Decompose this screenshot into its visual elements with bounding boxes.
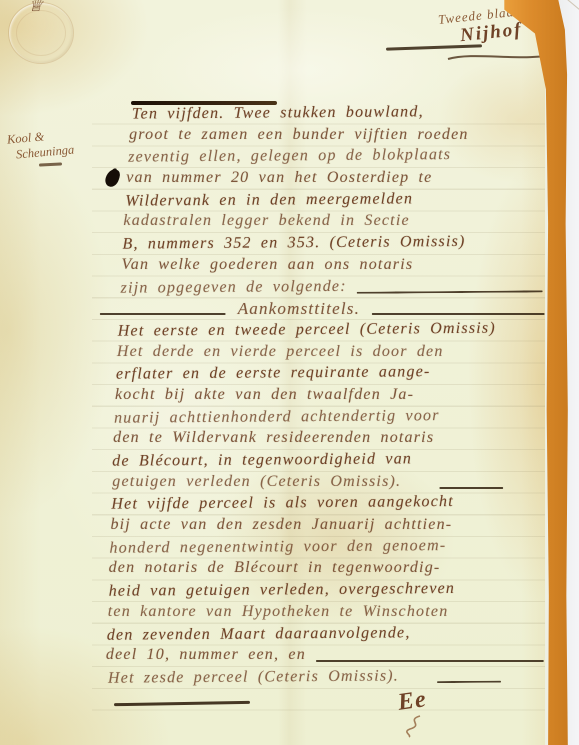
text-line: Het eerste en tweede perceel (Ceteris Om…: [118, 319, 545, 344]
handwritten-text: B, nummers 352 en 353. (Ceteris Omissis): [122, 233, 465, 254]
handwritten-text: heid van getuigen verleden, overgeschrev…: [109, 580, 456, 601]
text-line: bij acte van den zesden Januarij achttie…: [110, 516, 545, 538]
text-line: heid van getuigen verleden, overgeschrev…: [109, 579, 546, 604]
heading-line: Aankomsttitels.: [100, 299, 545, 321]
handwritten-text: kadastralen legger bekend in Sectie: [123, 212, 409, 230]
handwritten-text: van nummer 20 van het Oosterdiep te: [126, 169, 432, 187]
text-line: de Blécourt, in tegenwoordigheid van: [112, 449, 545, 474]
document-scan: ♕ Tweede blad Nijhof Kool & Scheuninga T…: [0, 0, 579, 745]
text-line: Ten vijfden. Twee stukken bouwland,: [132, 102, 544, 127]
handwritten-text: zeventig ellen, gelegen op de blokplaats: [128, 146, 451, 167]
text-line: getuigen verleden (Ceteris Omissis).: [112, 473, 545, 495]
handwritten-text: Het eerste en tweede perceel (Ceteris Om…: [118, 320, 496, 341]
text-line: zeventig ellen, gelegen op de blokplaats: [128, 146, 544, 171]
paraph-flourish: [400, 714, 428, 738]
handwritten-text: groot te zamen een bunder vijftien roede…: [129, 126, 469, 144]
text-line: den te Wildervank resideerenden notaris: [113, 429, 545, 451]
handwritten-text: Wildervank en in den meergemelden: [125, 190, 413, 210]
text-line: ten kantore van Hypotheken te Winschoten: [108, 603, 546, 625]
handwritten-text: getuigen verleden (Ceteris Omissis).: [112, 473, 401, 491]
text-line: honderd negenentwintig voor den genoem-: [109, 536, 545, 561]
text-line: erflater en de eerste requirante aange-: [116, 363, 545, 388]
text-line: Het derde en vierde perceel is door den: [117, 343, 545, 365]
heading-rule-right: [372, 313, 545, 315]
text-line: Het zesde perceel (Ceteris Omissis).: [108, 666, 546, 691]
text-line: B, nummers 352 en 353. (Ceteris Omissis): [122, 232, 544, 257]
text-line: kadastralen legger bekend in Sectie: [123, 212, 544, 234]
text-line: deel 10, nummer een, en: [106, 646, 546, 668]
handwritten-text: Ten vijfden. Twee stukken bouwland,: [132, 103, 424, 123]
ink-rule: [357, 290, 543, 293]
ink-rule: [316, 660, 544, 662]
text-line: Het vijfde perceel is als voren aangekoc…: [111, 493, 545, 518]
handwritten-text: Aankomsttitels.: [226, 299, 372, 319]
ink-rule: [439, 486, 503, 488]
handwritten-text: den zevenden Maart daaraanvolgende,: [107, 624, 411, 644]
handwritten-text: deel 10, nummer een, en: [106, 646, 306, 664]
handwritten-text: ten kantore van Hypotheken te Winschoten: [108, 603, 449, 621]
handwritten-text: de Blécourt, in tegenwoordigheid van: [112, 450, 412, 470]
handwritten-text: den notaris de Blécourt in tegenwoordig-: [109, 559, 441, 577]
text-line: den zevenden Maart daaraanvolgende,: [107, 623, 546, 648]
handwritten-text: kocht bij akte van den twaalfden Ja-: [115, 386, 414, 404]
handwritten-text: nuarij achttienhonderd achtendertig voor: [114, 407, 440, 428]
seal-crown-icon: ♕: [28, 0, 43, 16]
text-line: den notaris de Blécourt in tegenwoordig-: [109, 559, 546, 581]
handwritten-text: Het derde en vierde perceel is door den: [117, 343, 444, 361]
handwritten-text: erflater en de eerste requirante aange-: [116, 363, 431, 383]
handwritten-text: honderd negenentwintig voor den genoem-: [109, 537, 446, 558]
text-line: groot te zamen een bunder vijftien roede…: [129, 126, 544, 148]
text-line: kocht bij akte van den twaalfden Ja-: [115, 386, 545, 408]
heading-rule-left: [100, 313, 226, 315]
handwritten-text: den te Wildervank resideerenden notaris: [113, 429, 434, 447]
text-line: nuarij achttienhonderd achtendertig voor: [114, 406, 545, 431]
body-text: Ten vijfden. Twee stukken bouwland,groot…: [99, 103, 546, 690]
handwritten-text: Het vijfde perceel is als voren aangekoc…: [111, 493, 454, 514]
handwritten-text: zijn opgegeven de volgende:: [121, 277, 347, 297]
text-line: Wildervank en in den meergemelden: [125, 189, 544, 214]
ink-rule: [437, 680, 501, 683]
seal-inner-ring: [16, 10, 66, 56]
handwritten-text: Het zesde perceel (Ceteris Omissis).: [108, 667, 399, 687]
text-line: zijn opgegeven de volgende:: [121, 276, 545, 301]
text-line: van nummer 20 van het Oosterdiep te: [126, 169, 544, 191]
handwritten-text: Van welke goederen aan ons notaris: [122, 256, 414, 274]
text-line: Van welke goederen aan ons notaris: [122, 256, 545, 278]
handwritten-text: bij acte van den zesden Januarij achttie…: [110, 516, 452, 534]
